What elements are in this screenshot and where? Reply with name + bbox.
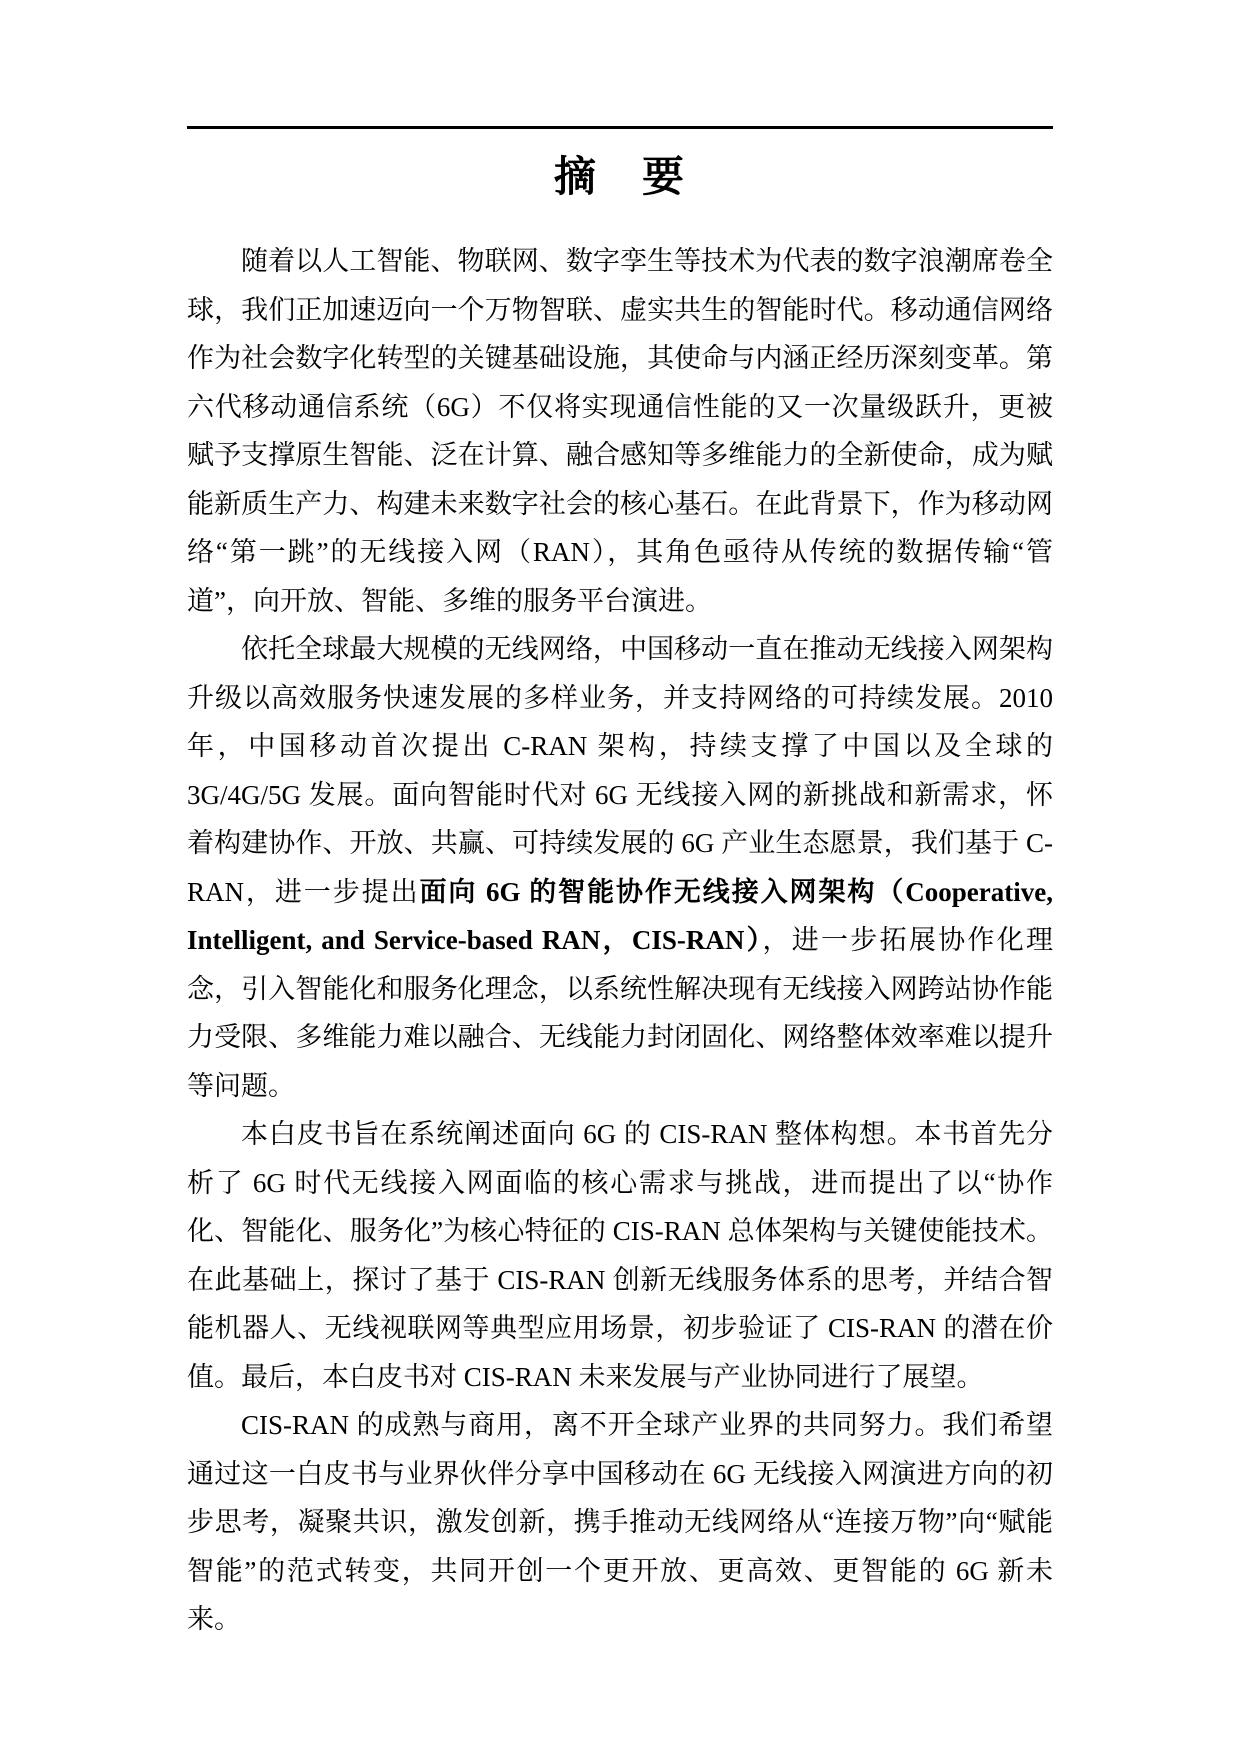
document-page: 摘 要 随着以人工智能、物联网、数字孪生等技术为代表的数字浪潮席卷全球，我们正加… — [0, 0, 1240, 1754]
paragraph: 随着以人工智能、物联网、数字孪生等技术为代表的数字浪潮席卷全球，我们正加速迈向一… — [187, 237, 1053, 625]
paragraph: CIS-RAN 的成熟与商用，离不开全球产业界的共同努力。我们希望通过这一白皮书… — [187, 1401, 1053, 1644]
paragraph-text: 随着以人工智能、物联网、数字孪生等技术为代表的数字浪潮席卷全球，我们正加速迈向一… — [187, 246, 1053, 616]
paragraph-text: 本白皮书旨在系统阐述面向 6G 的 CIS-RAN 整体构想。本书首先分析了 6… — [187, 1119, 1053, 1392]
paragraph-text: CIS-RAN 的成熟与商用，离不开全球产业界的共同努力。我们希望通过这一白皮书… — [187, 1410, 1053, 1634]
paragraph: 依托全球最大规模的无线网络，中国移动一直在推动无线接入网架构升级以高效服务快速发… — [187, 625, 1053, 1110]
abstract-body: 随着以人工智能、物联网、数字孪生等技术为代表的数字浪潮席卷全球，我们正加速迈向一… — [187, 237, 1053, 1644]
header-rule — [187, 126, 1053, 129]
paragraph-text: 依托全球最大规模的无线网络，中国移动一直在推动无线接入网架构升级以高效服务快速发… — [187, 634, 1053, 907]
paragraph: 本白皮书旨在系统阐述面向 6G 的 CIS-RAN 整体构想。本书首先分析了 6… — [187, 1110, 1053, 1401]
page-title: 摘 要 — [0, 150, 1240, 206]
